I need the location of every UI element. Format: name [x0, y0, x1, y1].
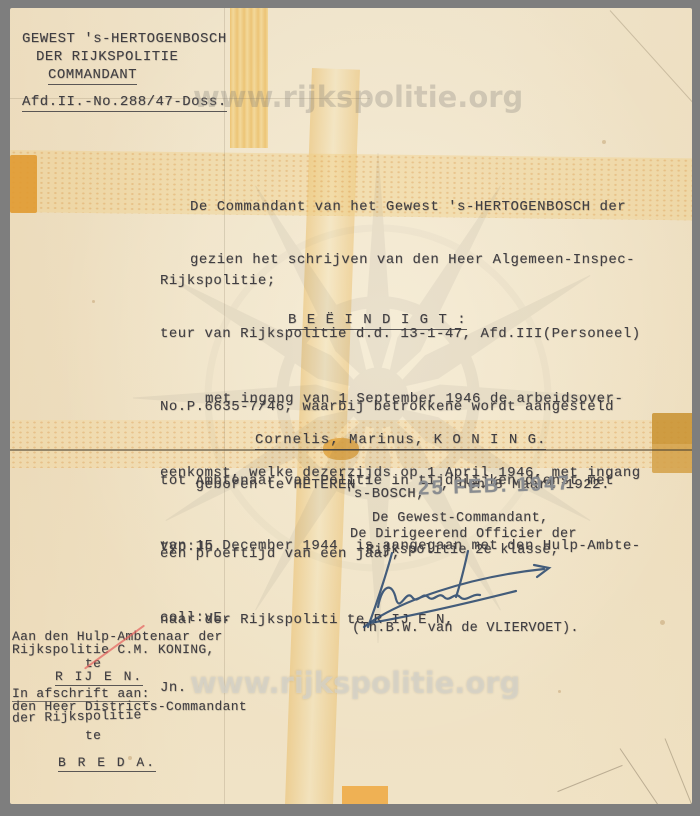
age-spot	[92, 300, 95, 303]
site-watermark-bottom: www.rijkspolitie.org	[190, 666, 520, 700]
distribution-line-9: B R E D A.	[58, 755, 156, 772]
tape-vertical-top	[230, 8, 268, 148]
distribution-line-4: R IJ E N.	[55, 669, 143, 686]
signature	[348, 545, 598, 630]
scanned-document: GEWEST 's-HERTOGENBOSCH DER RIJKSPOLITIE…	[0, 0, 700, 816]
office-name-line1: GEWEST 's-HERTOGENBOSCH	[22, 31, 227, 47]
crease-top-right	[610, 10, 692, 107]
tape-vertical-bottom-end	[342, 786, 388, 804]
office-name-line3: COMMANDANT	[48, 67, 137, 85]
distribution-line-8: te	[85, 728, 101, 743]
collation-mark: coll:vE.	[160, 607, 231, 631]
subject-name: Cornelis, Marinus, K O N I N G.	[255, 432, 546, 450]
signer-title-2: De Dirigeerend Officier der	[350, 527, 577, 542]
signer-title-1: De Gewest-Commandant,	[372, 511, 548, 526]
office-name-line2: DER RIJKSPOLITIE	[36, 49, 178, 65]
distribution-line-2: Rijkspolitie C.M. KONING,	[12, 642, 215, 657]
age-spot	[602, 140, 606, 144]
age-spot	[660, 620, 665, 625]
place-line: 's-BOSCH,	[345, 486, 425, 502]
paragraph-2-line: gezien het schrijven van den Heer Algeme…	[160, 248, 641, 273]
scratch-bottom-right-1	[557, 765, 622, 792]
tape-patch-right-edge	[652, 413, 692, 473]
age-spot	[558, 690, 561, 693]
scratch-bottom-right-3	[665, 738, 692, 804]
site-watermark-top: www.rijkspolitie.org	[193, 80, 523, 114]
paragraph-3-line: met ingang van 1 September 1946 de arbei…	[160, 387, 641, 412]
scratch-bottom-right-2	[620, 748, 666, 804]
decision-heading: B E Ë I N D I G T :	[288, 312, 467, 330]
typist-mark: typ:Jn.	[160, 536, 231, 560]
tape-patch-left-edge	[10, 155, 37, 213]
